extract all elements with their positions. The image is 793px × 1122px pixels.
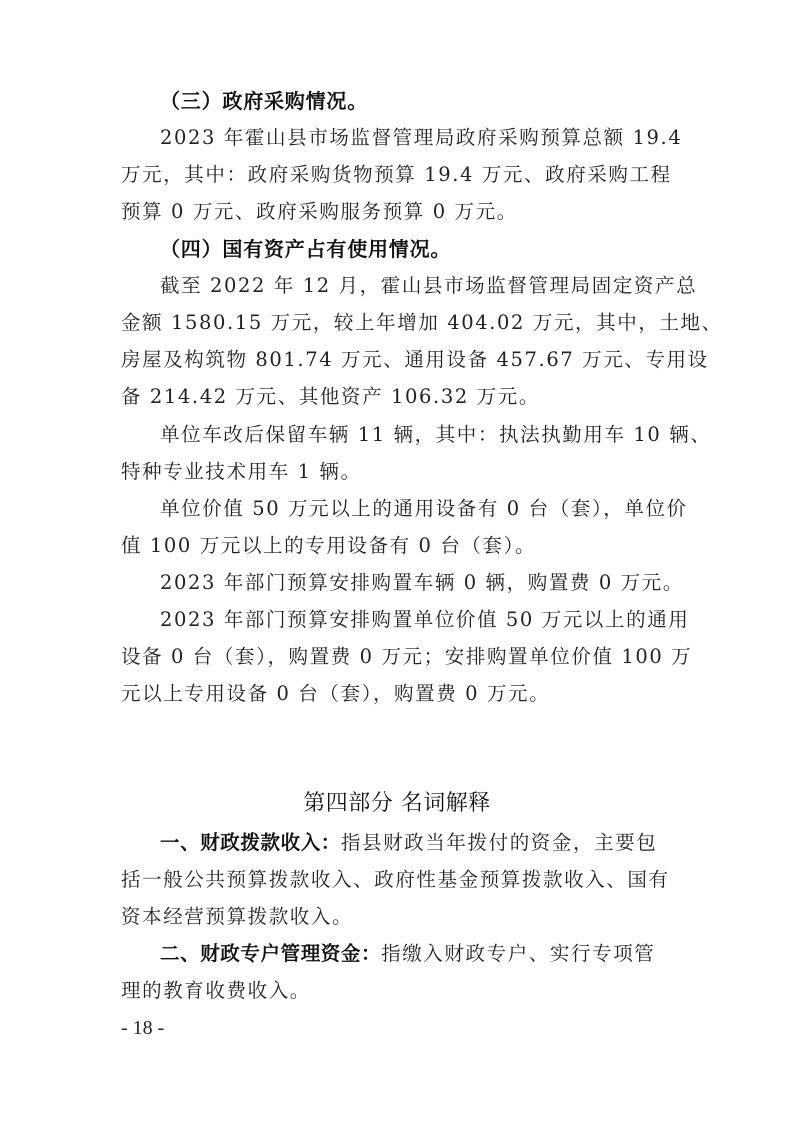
paragraph-line: 金额 1580.15 万元，较上年增加 404.02 万元，其中，土地、 — [121, 310, 673, 336]
paragraph-line: 元以上专用设备 0 台（套），购置费 0 万元。 — [121, 681, 673, 707]
paragraph-line: 值 100 万元以上的专用设备有 0 台（套）。 — [121, 533, 673, 559]
glossary-term-2: 二、财政专户管理资金：指缴入财政专户、实行专项管 — [121, 941, 712, 967]
paragraph-line: 单位价值 50 万元以上的通用设备有 0 台（套），单位价 — [121, 496, 712, 522]
glossary-term-1: 一、财政拨款收入：指县财政当年拨付的资金，主要包 — [121, 830, 712, 856]
page-number: - 18 - — [121, 1016, 164, 1040]
paragraph-line: 2023 年霍山县市场监督管理局政府采购预算总额 19.4 — [121, 125, 712, 151]
part-title: 第四部分 名词解释 — [121, 790, 673, 818]
term-definition: 指县财政当年拨付的资金，主要包 — [341, 831, 658, 854]
paragraph-line: 房屋及构筑物 801.74 万元、通用设备 457.67 万元、专用设 — [121, 347, 673, 373]
section-heading-assets: （四）国有资产占有使用情况。 — [121, 236, 712, 262]
paragraph-line: 万元，其中：政府采购货物预算 19.4 万元、政府采购工程 — [121, 162, 673, 188]
paragraph-line: 括一般公共预算拨款收入、政府性基金预算拨款收入、国有 — [121, 867, 673, 893]
paragraph-line: 2023 年部门预算安排购置车辆 0 辆，购置费 0 万元。 — [121, 570, 712, 596]
paragraph-line: 单位车改后保留车辆 11 辆，其中：执法执勤用车 10 辆、 — [121, 422, 712, 448]
paragraph-line: 预算 0 万元、政府采购服务预算 0 万元。 — [121, 199, 673, 225]
paragraph-line: 备 214.42 万元、其他资产 106.32 万元。 — [121, 384, 673, 410]
term-definition: 指缴入财政专户、实行专项管 — [381, 942, 655, 965]
term-label: 一、财政拨款收入： — [160, 831, 341, 854]
paragraph-line: 设备 0 台（套），购置费 0 万元；安排购置单位价值 100 万 — [121, 644, 673, 670]
paragraph-line: 特种专业技术用车 1 辆。 — [121, 459, 673, 485]
paragraph-line: 资本经营预算拨款收入。 — [121, 904, 673, 930]
paragraph-line: 截至 2022 年 12 月，霍山县市场监督管理局固定资产总 — [121, 273, 712, 299]
section-heading-procurement: （三）政府采购情况。 — [121, 88, 712, 114]
term-label: 二、财政专户管理资金： — [160, 942, 381, 965]
paragraph-line: 2023 年部门预算安排购置单位价值 50 万元以上的通用 — [121, 607, 712, 633]
paragraph-line: 理的教育收费收入。 — [121, 978, 673, 1004]
